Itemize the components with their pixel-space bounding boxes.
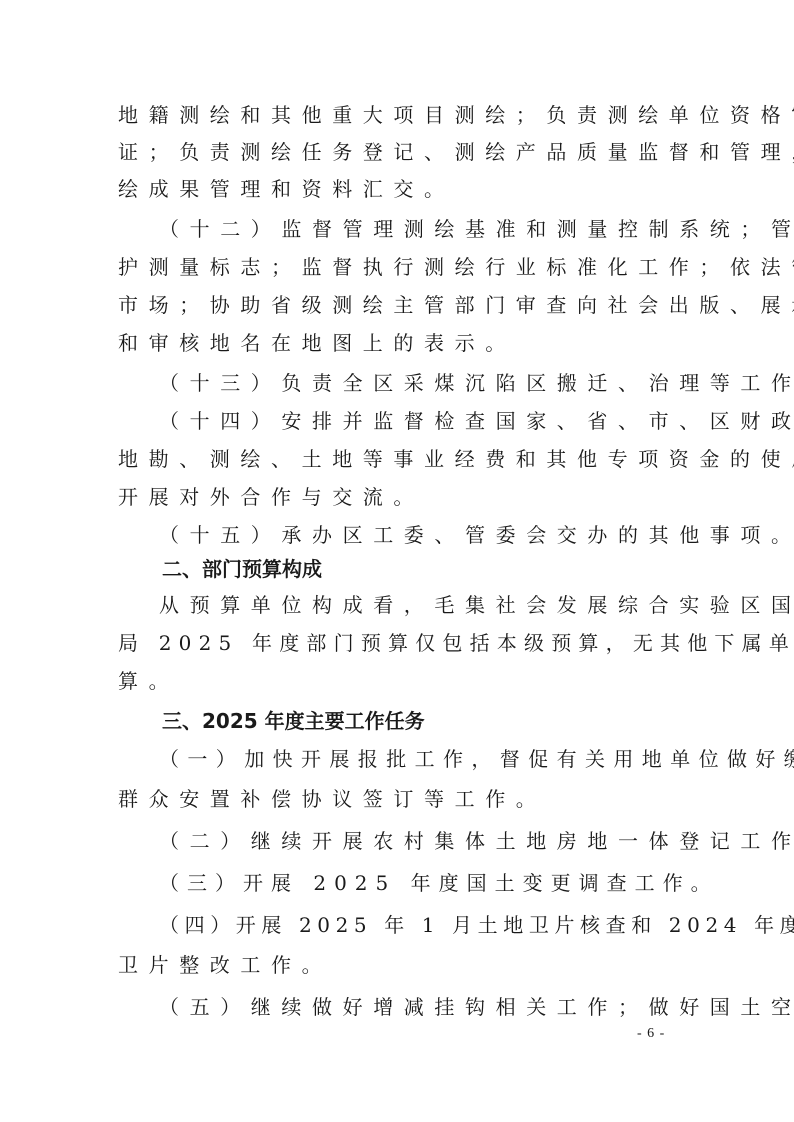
- paragraph-line: 卫片整改工作。: [118, 950, 332, 980]
- paragraph-line: 局 2025 年度部门预算仅包括本级预算，无其他下属单位预: [118, 628, 794, 658]
- text-line: 和审核地名在地图上的表示。: [118, 328, 516, 358]
- list-item-4: （四）开展 2025 年 1 月土地卫片核查和 2024 年度土地: [159, 910, 794, 940]
- list-item-14: （十四）安排并监督检查国家、省、市、区财政拨给的: [159, 406, 794, 436]
- paragraph-line: 群众安置补偿协议签订等工作。: [118, 784, 546, 814]
- list-item-3: （三）开展 2025 年度国土变更调查工作。: [159, 868, 719, 898]
- list-item-12: （十二）监督管理测绘基准和测量控制系统；管理和保: [159, 214, 794, 244]
- list-item-5: （五）继续做好增减挂钩相关工作；做好国土空间规划: [159, 992, 794, 1022]
- text-line: 护测量标志；监督执行测绘行业标准化工作；依法管理地图: [118, 252, 794, 282]
- list-item-13: （十三）负责全区采煤沉陷区搬迁、治理等工作。: [159, 368, 794, 398]
- list-item-2: （二）继续开展农村集体土地房地一体登记工作。: [159, 826, 794, 856]
- text-line: 地勘、测绘、土地等事业经费和其他专项资金的使用；组织: [118, 444, 794, 474]
- text-line: 开展对外合作与交流。: [118, 482, 424, 512]
- list-item-1: （一）加快开展报批工作，督促有关用地单位做好缴费、: [159, 744, 794, 774]
- text-line: 证；负责测绘任务登记、测绘产品质量监督和管理，监督测: [118, 137, 794, 167]
- section-heading-budget-composition: 二、部门预算构成: [162, 554, 322, 584]
- text-line: 地籍测绘和其他重大项目测绘；负责测绘单位资格审查发: [118, 100, 794, 130]
- text-line: 绘成果管理和资料汇交。: [118, 174, 455, 204]
- paragraph-line: 算。: [118, 666, 179, 696]
- section-heading-main-tasks: 三、2025 年度主要工作任务: [162, 706, 425, 736]
- page-number: - 6 -: [637, 1026, 665, 1042]
- list-item-15: （十五）承办区工委、管委会交办的其他事项。: [159, 520, 794, 550]
- paragraph-line: 从预算单位构成看，毛集社会发展综合实验区国土资源: [159, 590, 794, 620]
- text-line: 市场；协助省级测绘主管部门审查向社会出版、展示的地图: [118, 290, 794, 320]
